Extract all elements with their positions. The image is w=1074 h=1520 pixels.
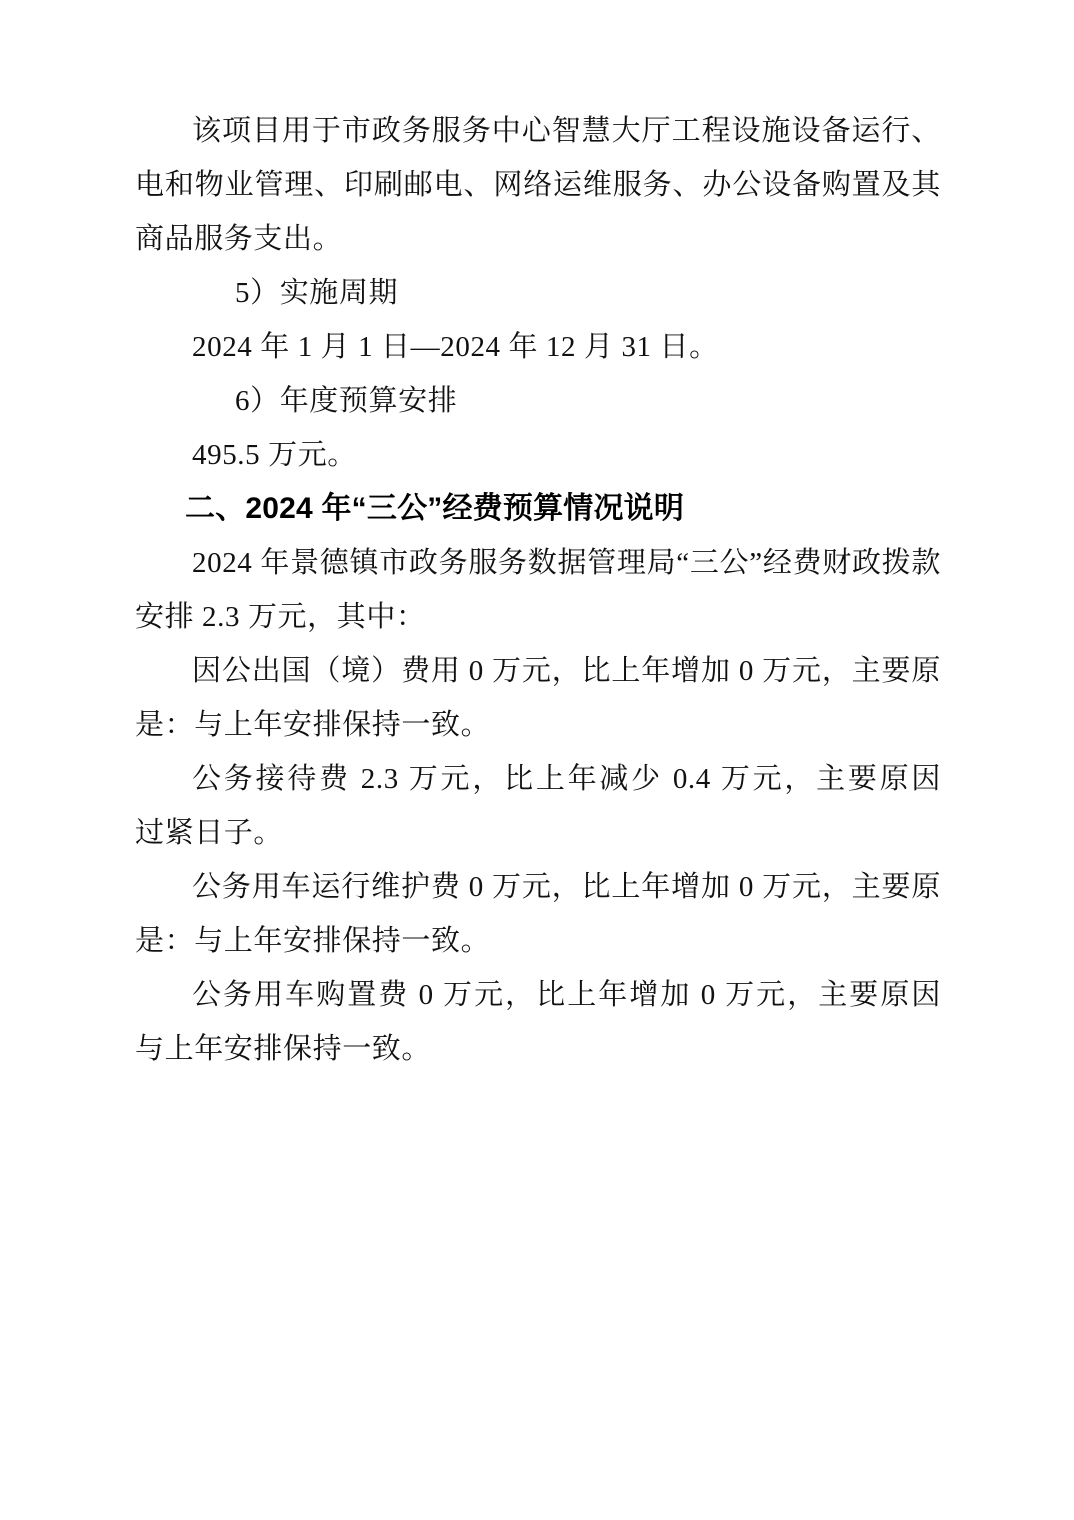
text-line: 公务接待费 2.3 万元，比上年减少 0.4 万元，主要原因是： <box>135 752 941 806</box>
text-line: 公务用车购置费 0 万元，比上年增加 0 万元，主要原因是： <box>135 968 941 1022</box>
paragraph: 该项目用于市政务服务中心智慧大厅工程设施设备运行、水 电和物业管理、印刷邮电、网… <box>135 104 941 266</box>
section-heading: 二、2024 年“三公”经费预算情况说明 <box>135 482 941 536</box>
document-page: 该项目用于市政务服务中心智慧大厅工程设施设备运行、水 电和物业管理、印刷邮电、网… <box>0 0 1074 1520</box>
section-heading-text: 二、2024 年“三公”经费预算情况说明 <box>135 482 941 536</box>
text-line: 因公出国（境）费用 0 万元，比上年增加 0 万元，主要原因 <box>135 644 941 698</box>
text-line: 安排 2.3 万元，其中： <box>135 590 941 644</box>
text-line: 与上年安排保持一致。 <box>135 1022 941 1076</box>
paragraph: 公务用车运行维护费 0 万元，比上年增加 0 万元，主要原因 是：与上年安排保持… <box>135 860 941 968</box>
document-text-block: 该项目用于市政务服务中心智慧大厅工程设施设备运行、水 电和物业管理、印刷邮电、网… <box>135 104 941 1076</box>
text-line: 是：与上年安排保持一致。 <box>135 914 941 968</box>
numbered-subheading: 6）年度预算安排 <box>135 374 941 428</box>
paragraph: 2024 年 1 月 1 日—2024 年 12 月 31 日。 <box>135 320 941 374</box>
text-line: 2024 年 1 月 1 日—2024 年 12 月 31 日。 <box>135 320 941 374</box>
text-line: 2024 年景德镇市政务服务数据管理局“三公”经费财政拨款 <box>135 536 941 590</box>
text-line: 该项目用于市政务服务中心智慧大厅工程设施设备运行、水 <box>135 104 941 158</box>
numbered-subheading: 5）实施周期 <box>135 266 941 320</box>
text-line: 5）实施周期 <box>135 266 941 320</box>
paragraph: 2024 年景德镇市政务服务数据管理局“三公”经费财政拨款 安排 2.3 万元，… <box>135 536 941 644</box>
paragraph: 公务用车购置费 0 万元，比上年增加 0 万元，主要原因是： 与上年安排保持一致… <box>135 968 941 1076</box>
text-line: 公务用车运行维护费 0 万元，比上年增加 0 万元，主要原因 <box>135 860 941 914</box>
text-line: 6）年度预算安排 <box>135 374 941 428</box>
text-line: 是：与上年安排保持一致。 <box>135 698 941 752</box>
paragraph: 495.5 万元。 <box>135 428 941 482</box>
paragraph: 公务接待费 2.3 万元，比上年减少 0.4 万元，主要原因是： 过紧日子。 <box>135 752 941 860</box>
text-line: 495.5 万元。 <box>135 428 941 482</box>
text-line: 电和物业管理、印刷邮电、网络运维服务、办公设备购置及其他 <box>135 158 941 212</box>
paragraph: 因公出国（境）费用 0 万元，比上年增加 0 万元，主要原因 是：与上年安排保持… <box>135 644 941 752</box>
text-line: 商品服务支出。 <box>135 212 941 266</box>
text-line: 过紧日子。 <box>135 806 941 860</box>
